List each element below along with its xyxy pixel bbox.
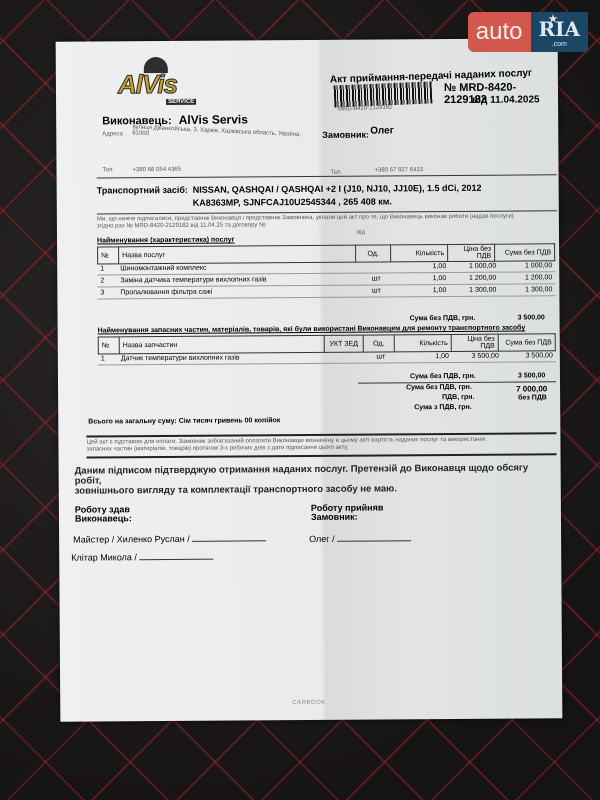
services-total-label: Сума без ПДВ, грн. [410,315,476,322]
executor-address-label: Адреса [102,131,123,137]
executor-signature-title: Роботу здав Виконавець: [75,505,132,523]
executor-line: Виконавець: AlVis Servis [102,112,248,127]
autoria-watermark: auto ★ RIA .com [468,12,588,52]
services-table: 1 Шиномонтажний комплекс 1,00 1 000,00 1… [97,260,555,299]
grand-total: 7 000,00 [516,384,547,393]
customer-signature-title: Роботу прийняв Замовник: [311,503,384,522]
signature-line [139,551,213,561]
locksmith-signature: Клітар Микола / [71,551,213,563]
signature-line [337,532,411,542]
vat-value: без ПДВ [518,394,547,401]
customer-label: Замовник: [322,130,369,140]
customer-phone: +380 67 927 6433 [375,167,424,173]
watermark-auto: auto [468,12,531,52]
barcode-text: MRD-8420-2129182 [338,104,393,112]
barcode [334,81,433,107]
intro-line2: згідно рах № MRD-8420-2129182 від 11.04.… [97,222,266,229]
executor-address: вулиця Джанкойська, 3, Харків, Харківськ… [132,124,317,144]
executor-phone: +380 68 054 4365 [133,167,182,173]
star-icon: ★ [549,14,558,25]
watermark-ria: ★ RIA .com [531,12,589,52]
table-row: 1 Датчик температури вихлопних газів шт … [98,350,556,365]
vehicle-label: Транспортний засіб: [97,185,188,196]
executor-name: AlVis Servis [179,112,248,126]
services-section-title: Найменування (характеристика) послуг [97,237,235,245]
vehicle-line2: KA8363MP, SJNFCAJ10U2545344 , 265 408 км… [193,196,392,207]
master-signature: Майстер / Хиленко Руслан / [73,532,266,544]
parts-table: 1 Датчик температури вихлопних газів шт … [98,350,556,365]
vehicle-line1: NISSAN, QASHQAI / QASHQAI +2 I (J10, NJ1… [193,182,553,195]
parts-total: 3 500,00 [518,372,545,379]
total-in-words: Всього на загальну суму: Сім тисяч гриве… [88,417,280,425]
intro-line1: Ми, що нижче підписалися, представник Ви… [97,213,557,222]
parts-total-label: Сума без ПДВ, грн. [410,373,476,380]
customer-signature: Олег / [309,532,411,544]
table-row: 3 Пропалювання фільтра сажі шт 1,00 1 30… [97,284,555,299]
services-total: 3 500,00 [518,314,545,321]
service-act-document: AlVis SERVICE Виконавець: AlVis Servis А… [56,38,563,721]
alvis-logo: AlVis SERVICE [114,57,202,108]
signature-line [192,532,266,542]
confirmation-text: Даним підписом підтверджую отримання над… [75,463,529,496]
carbook-footer: CARBOOK [292,700,326,706]
payment-note-line2: запасних частин (матеріалів, товарів) пр… [86,445,348,453]
act-date: від 11.04.2025 [472,94,540,105]
customer-name: Олег [370,125,394,136]
